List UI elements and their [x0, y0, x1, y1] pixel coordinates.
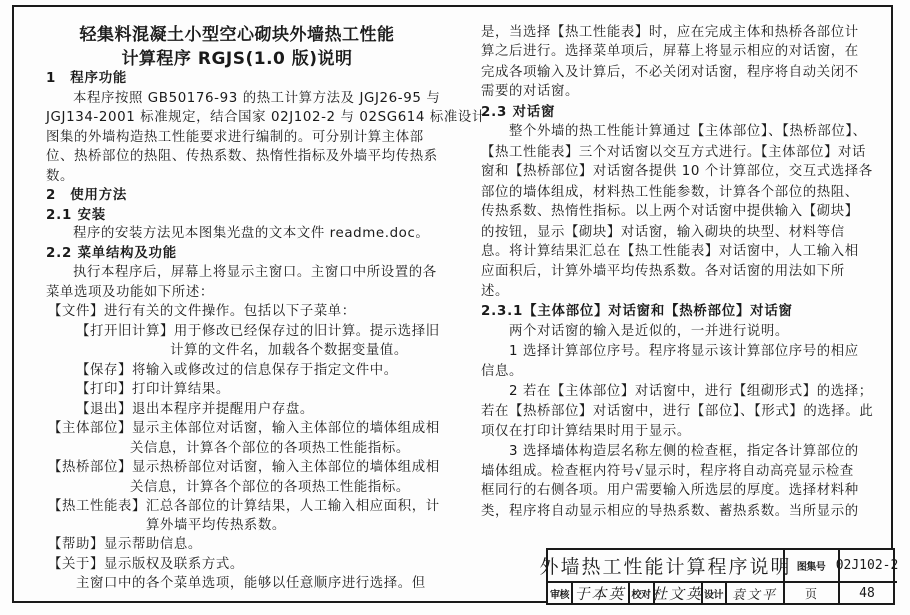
text-line: 数。: [46, 168, 74, 186]
text-line: 关信息，计算各个部位的各项热工性能指标。: [130, 440, 410, 458]
text-line: 需要的对话窗。: [481, 83, 579, 101]
atlas-number: 02J102-2: [839, 550, 895, 581]
text-line: 信息。: [481, 363, 523, 381]
atlas-number-label: 图集号: [784, 550, 838, 581]
section-heading: 1 程序功能: [46, 70, 127, 88]
text-line: 关信息，计算各个部位的各项热工性能指标。: [130, 479, 410, 497]
text-line: 计算的文件名，加载各个数据变量值。: [170, 342, 408, 360]
text-line: 两个对话窗的输入是近似的，一并进行说明。: [509, 323, 789, 341]
text-line: 传热系数、热惰性指标。以上两个对话窗中提供输入【砌块】: [481, 203, 859, 221]
text-line: 【热桥部位】显示热桥部位对话窗，输入主体部位的墙体组成相: [48, 459, 440, 477]
document-title-line1: 轻集料混凝土小型空心砌块外墙热工性能: [12, 20, 462, 45]
text-line: 项仅在打印计算结果时用于显示。: [481, 423, 691, 441]
text-line: 墙体组成。检查框内符号√显示时，程序将自动高亮显示检查: [481, 463, 854, 481]
text-line: 【热工性能表】三个对话窗以交互方式进行。【主体部位】对话: [481, 144, 866, 162]
text-line: 【主体部位】显示主体部位对话窗，输入主体部位的墙体组成相: [48, 420, 440, 438]
text-line: 【热工性能表】汇总各部位的计算结果，人工输入相应面积，计: [48, 498, 440, 516]
text-line: 主窗口中的各个菜单选项，能够以任意顺序进行选择。但: [76, 575, 426, 593]
design-label: 设计: [702, 582, 725, 605]
proofread-signature: 杜文英: [654, 582, 701, 605]
page-label: 页: [784, 582, 838, 605]
text-line: 窗和【热桥部位】对话窗各提供 10 个计算部位，交互式选择各: [481, 163, 873, 181]
text-line: 算之后进行。选择菜单项后，屏幕上将显示相应的对话窗，在: [481, 43, 859, 61]
text-line: 【保存】将输入或修改过的信息保存于指定文件中。: [76, 362, 398, 380]
text-line: 【打开旧计算】用于修改已经保存过的旧计算。提示选择旧: [76, 323, 440, 341]
text-line: 菜单选项及功能如下所述：: [46, 284, 214, 302]
text-line: 2 若在【主体部位】对话窗中，进行【组砌形式】的选择；: [509, 383, 873, 401]
proofread-label: 校对: [629, 582, 653, 605]
text-line: 程序的安装方法见本图集光盘的文本文件 readme.doc。: [73, 225, 429, 243]
text-line: 息。将计算结果汇总在【热工性能表】对话窗中，人工输入相: [481, 243, 859, 261]
page-number: 48: [839, 582, 895, 605]
text-line: 【打印】打印计算结果。: [76, 381, 230, 399]
title-block: 外墙热工性能计算程序说明 图集号 02J102-2 审核 于本英 校对 杜文英 …: [546, 548, 895, 605]
section-heading: 2.2 菜单结构及功能: [46, 245, 177, 263]
document-title-line2: 计算程序 RGJS(1.0 版)说明: [12, 44, 462, 69]
text-line: 若在【热桥部位】对话窗中，进行【部位】、【形式】的选择。此: [481, 403, 873, 421]
drawing-title: 外墙热工性能计算程序说明: [548, 550, 783, 581]
text-line: 的按钮，显示【砌块】对话窗，输入砌块的块型、材料等信: [481, 224, 845, 242]
text-line: 【文件】进行有关的文件操作。包括以下子菜单：: [48, 303, 356, 321]
text-line: 本程序按照 GB50176-93 的热工计算方法及 JGJ26-95 与: [73, 90, 440, 108]
text-line: 【退出】退出本程序并提醒用户存盘。: [76, 401, 314, 419]
section-heading: 2 使用方法: [46, 187, 127, 205]
text-line: 是，当选择【热工性能表】时，应在完成主体和热桥各部位计: [481, 24, 859, 42]
text-line: 【帮助】显示帮助信息。: [48, 536, 202, 554]
text-line: 类，程序将自动显示相应的导热系数、蓄热系数。当所显示的: [481, 503, 859, 521]
text-line: 完成各项输入及计算后，不必关闭对话窗，程序将自动关闭不: [481, 64, 859, 82]
text-line: 应面积后，计算外墙平均传热系数。各对话窗的用法如下所: [481, 263, 845, 281]
review-signature: 于本英: [572, 582, 628, 605]
text-line: 【关于】显示版权及联系方式。: [48, 556, 244, 574]
text-line: 3 选择墙体构造层名称左侧的检查框，指定各计算部位的: [509, 443, 859, 461]
text-line: 图集的外墙构造热工性能要求进行编制的。可分别计算主体部: [46, 129, 424, 147]
text-line: 位、热桥部位的热阻、传热系数、热惰性指标及外墙平均传热系: [46, 148, 438, 166]
text-line: 执行本程序后，屏幕上将显示主窗口。主窗口中所设置的各: [73, 264, 437, 282]
section-heading: 2.1 安装: [46, 207, 106, 225]
text-line: 1 选择计算部位序号。程序将显示该计算部位序号的相应: [509, 343, 859, 361]
design-signature: 袁文平: [726, 582, 783, 605]
text-line: 述。: [481, 283, 509, 301]
text-line: 框同行的右侧各项。用户需要输入所选层的厚度。选择材料种: [481, 482, 859, 500]
text-line: 算外墙平均传热系数。: [146, 517, 286, 535]
section-heading: 2.3 对话窗: [481, 104, 555, 122]
text-line: 整个外墙的热工性能计算通过【主体部位】、【热桥部位】、: [509, 123, 867, 141]
review-label: 审核: [548, 582, 571, 605]
text-line: 部位的墙体组成，材料热工性能参数，计算各个部位的热阻、: [481, 184, 859, 202]
text-line: JGJ134-2001 标准规定，结合国家 02J102-2 与 02SG614…: [46, 109, 486, 127]
section-heading: 2.3.1【主体部位】对话窗和【热桥部位】对话窗: [481, 303, 793, 321]
